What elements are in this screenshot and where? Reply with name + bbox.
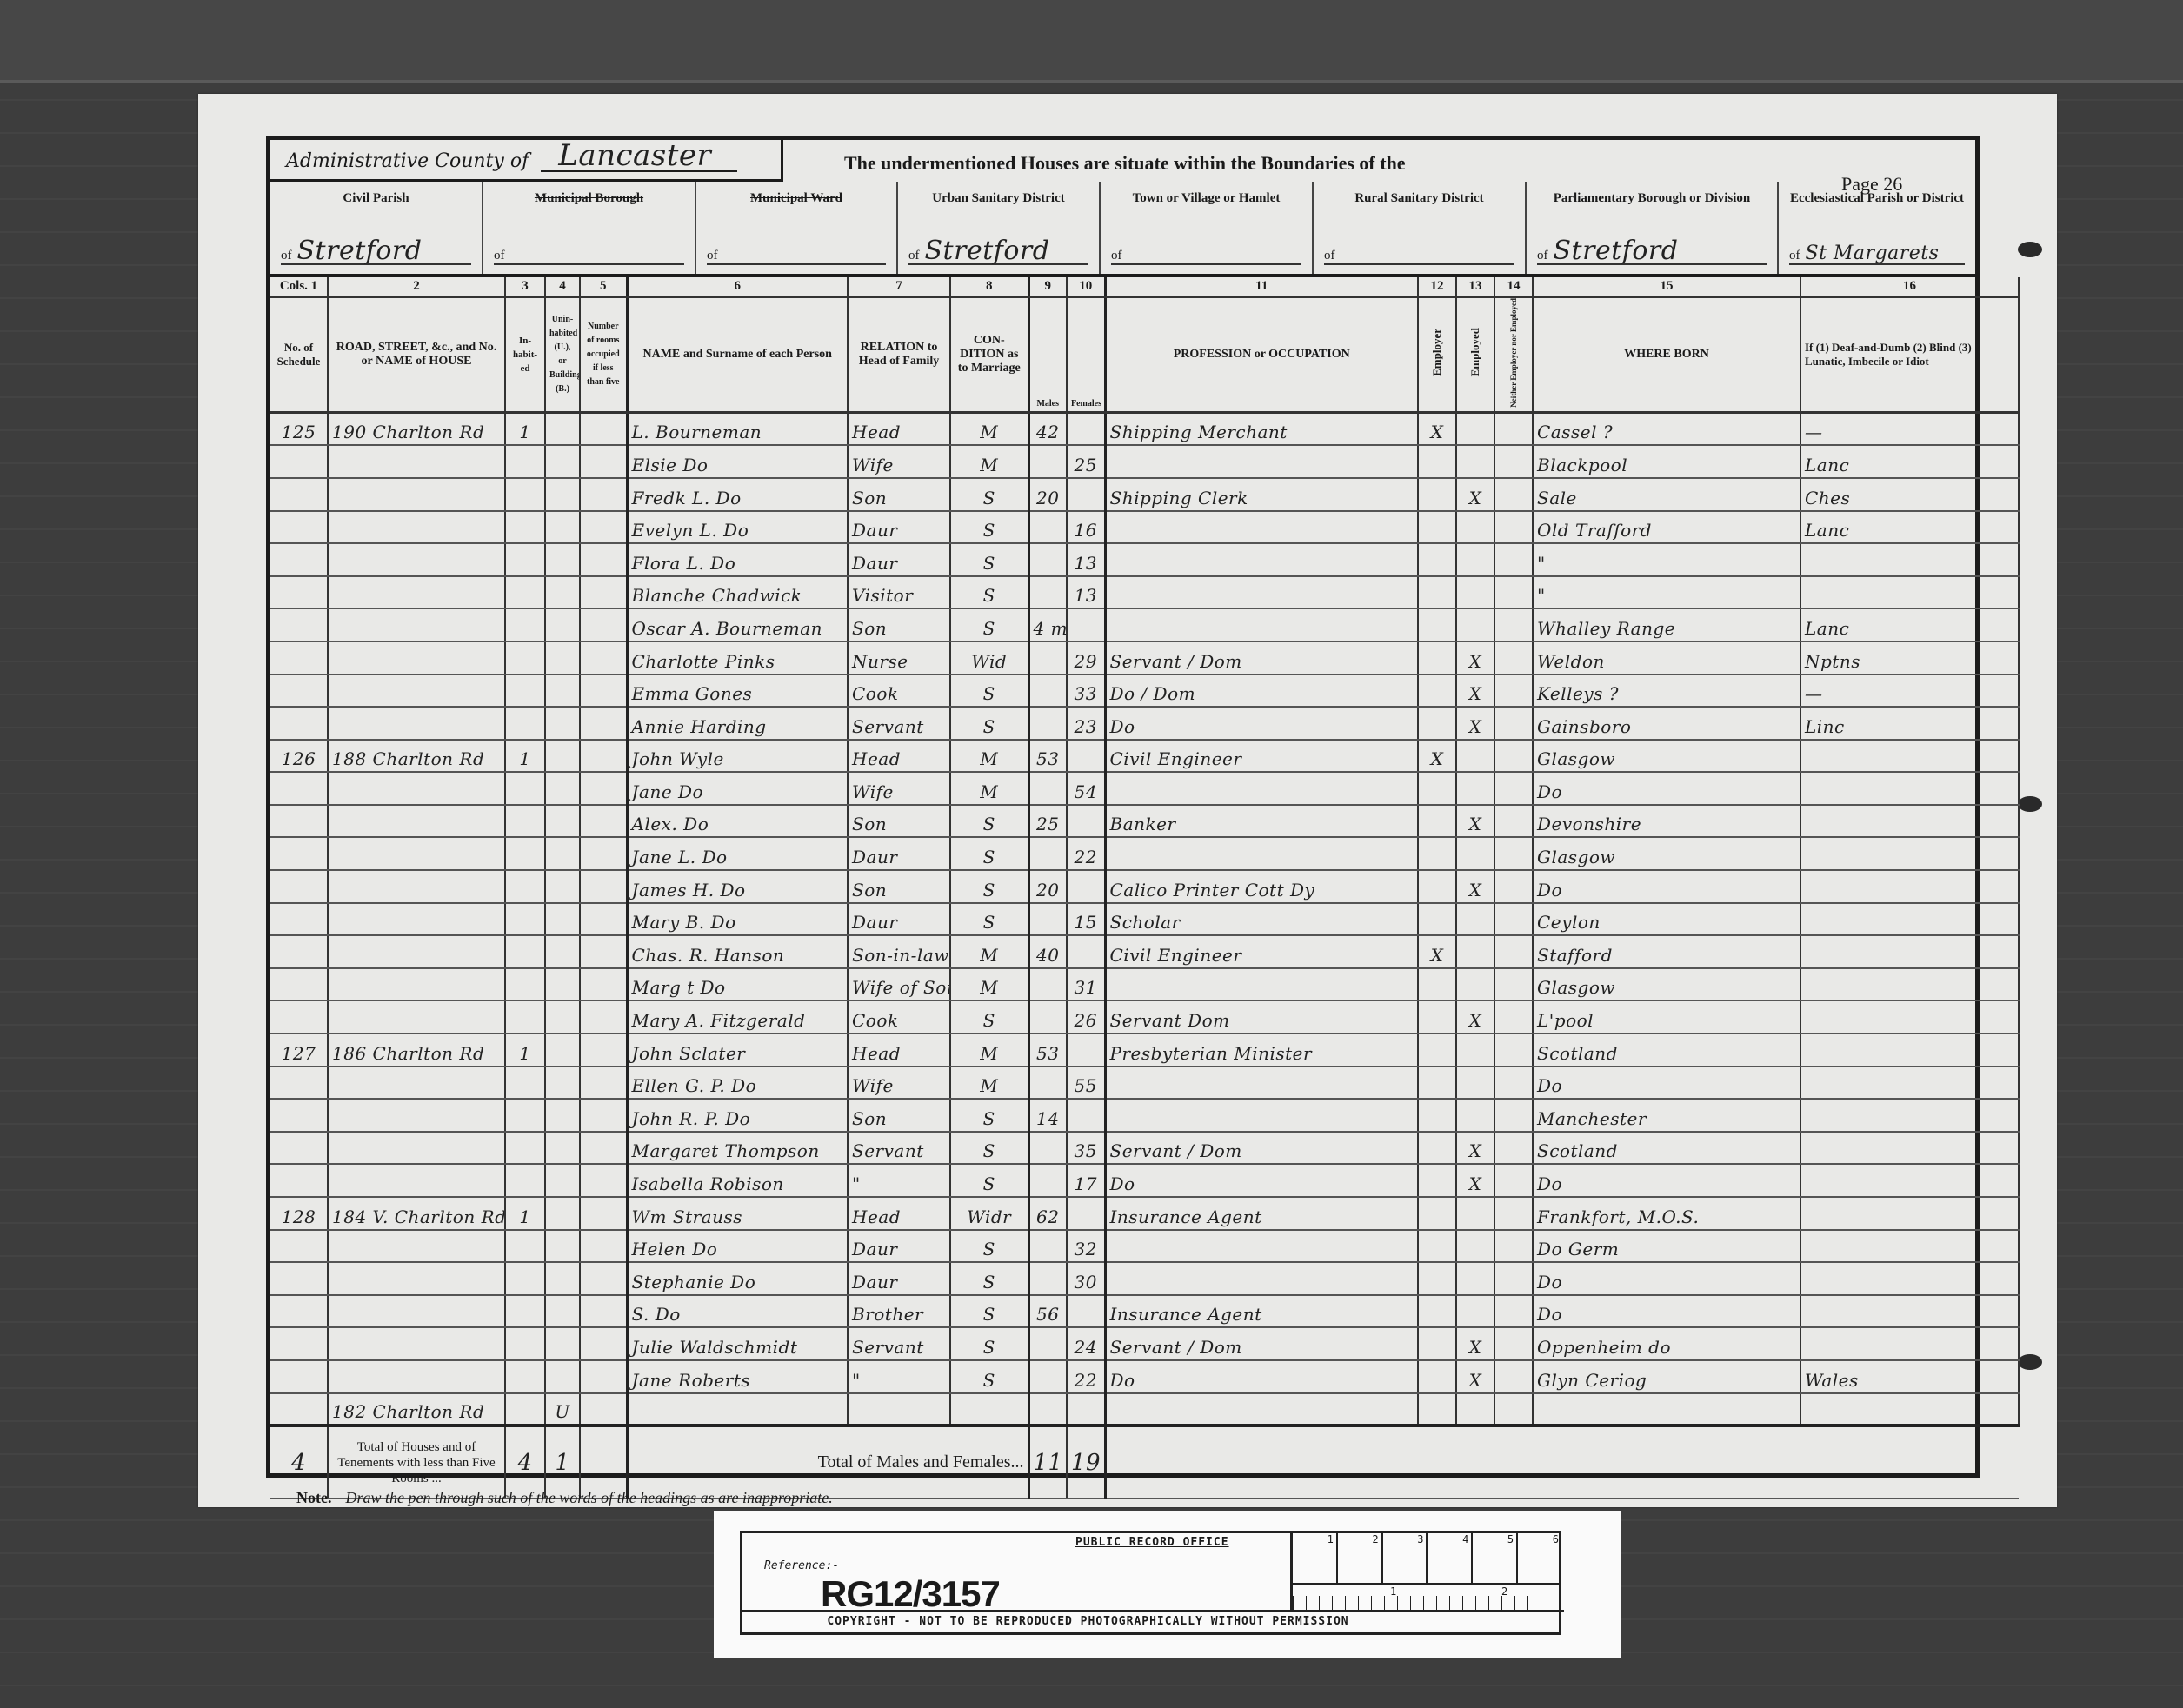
scale-inch: 1 2 [1293,1585,1561,1610]
employer-mark [1418,870,1456,903]
infirmity [1800,1327,2019,1360]
occupation: Calico Printer Cott Dy [1105,870,1418,903]
relation: Cook [848,1000,950,1033]
neither-mark [1494,903,1533,936]
where-born: Do [1533,870,1800,903]
note-text: —Draw the pen through such of the words … [331,1489,832,1506]
infirmity [1800,1132,2019,1165]
neither-mark [1494,1327,1533,1360]
relation: Daur [848,903,950,936]
uninhabited [545,837,580,870]
male-age: 53 [1028,740,1067,773]
schedule-no [270,707,328,740]
uninhabited [545,641,580,675]
female-age: 31 [1067,968,1105,1001]
marital-condition [950,1393,1028,1426]
public-record-office-title: PUBLIC RECORD OFFICE [1075,1536,1229,1549]
occupation: Civil Engineer [1105,740,1418,773]
neither-mark [1494,1099,1533,1132]
female-age: 26 [1067,1000,1105,1033]
relation: Visitor [848,576,950,609]
neither-mark [1494,445,1533,478]
employed-mark [1456,1099,1494,1132]
neither-mark [1494,1197,1533,1230]
schedule-no [270,837,328,870]
relation: Son [848,478,950,511]
male-age: 25 [1028,805,1067,838]
person-name [627,1393,848,1426]
header-name: NAME and Surname of each Person [627,296,848,413]
marital-condition: S [950,837,1028,870]
employer-mark [1418,1099,1456,1132]
uninhabited: U [545,1393,580,1426]
relation: Son [848,870,950,903]
where-born: Glasgow [1533,740,1800,773]
road-address [328,968,505,1001]
inhabited [505,903,545,936]
infirmity: — [1800,675,2019,708]
inhabited [505,1327,545,1360]
uninhabited [545,675,580,708]
census-row: 125190 Charlton Rd1L. BournemanHeadM42Sh… [270,413,2019,446]
inhabited [505,870,545,903]
road-address [328,1230,505,1263]
road-address: 182 Charlton Rd [328,1393,505,1426]
road-address [328,935,505,968]
district-field: of [494,243,684,265]
district-label: Rural Sanitary District [1319,190,1520,206]
district-value: Stretford [297,236,423,266]
relation: Servant [848,707,950,740]
district-field: of [1324,243,1514,265]
relation: Daur [848,1230,950,1263]
rooms [580,1295,627,1328]
relation: " [848,1164,950,1197]
inhabited [505,968,545,1001]
measurement-scale: 1 2 3 4 5 6 1 2 [1290,1533,1561,1612]
employed-mark [1456,903,1494,936]
district-field: of [1111,243,1301,265]
uninhabited [545,1360,580,1393]
inhabited [505,576,545,609]
where-born: Weldon [1533,641,1800,675]
of-label: of [1789,249,1800,263]
neither-mark [1494,1033,1533,1067]
district-label: Town or Village or Hamlet [1106,190,1307,206]
person-name: Jane Roberts [627,1360,848,1393]
female-age: 22 [1067,1360,1105,1393]
district-label: Municipal Ward [702,190,891,206]
infirmity [1800,968,2019,1001]
male-age: 62 [1028,1197,1067,1230]
where-born: Manchester [1533,1099,1800,1132]
neither-mark [1494,772,1533,805]
road-address [328,1099,505,1132]
header-males: Males [1028,296,1067,413]
employer-mark [1418,1360,1456,1393]
uninhabited [545,445,580,478]
uninhabited [545,707,580,740]
female-age: 35 [1067,1132,1105,1165]
infirmity [1800,1000,2019,1033]
employed-mark: X [1456,478,1494,511]
person-name: Helen Do [627,1230,848,1263]
employed-mark [1456,1393,1494,1426]
employed-mark [1456,1197,1494,1230]
district-urban-sanitary: Urban Sanitary District ofStretford [898,182,1101,274]
neither-mark [1494,511,1533,544]
inhabited [505,543,545,576]
person-name: Jane L. Do [627,837,848,870]
female-age: 15 [1067,903,1105,936]
person-name: Marg t Do [627,968,848,1001]
inhabited [505,478,545,511]
rooms [580,707,627,740]
uninhabited [545,511,580,544]
female-age: 22 [1067,837,1105,870]
relation: Servant [848,1132,950,1165]
reference-label: PUBLIC RECORD OFFICE Reference:- RG12/31… [714,1511,1621,1658]
reference-label-frame: PUBLIC RECORD OFFICE Reference:- RG12/31… [740,1531,1561,1635]
census-row: 126188 Charlton Rd1John WyleHeadM53Civil… [270,740,2019,773]
rooms [580,1132,627,1165]
person-name: Charlotte Pinks [627,641,848,675]
district-label: Civil Parish [276,190,476,206]
male-age [1028,1000,1067,1033]
road-address [328,576,505,609]
rooms [580,903,627,936]
employed-mark: X [1456,1327,1494,1360]
census-row: Evelyn L. DoDaurS16Old TraffordLanc [270,511,2019,544]
district-label: Municipal Borough [489,190,689,206]
header-employed: Employed [1456,296,1494,413]
where-born: Glyn Ceriog [1533,1360,1800,1393]
female-age [1067,478,1105,511]
occupation: Insurance Agent [1105,1295,1418,1328]
male-age [1028,1164,1067,1197]
infirmity [1800,1262,2019,1295]
employed-mark [1456,968,1494,1001]
district-field: ofSt Margarets [1789,246,1965,265]
header-relation: RELATION to Head of Family [848,296,950,413]
col-number: 16 [1800,277,2019,296]
employer-mark [1418,837,1456,870]
relation: Brother [848,1295,950,1328]
male-age: 20 [1028,870,1067,903]
schedule-no [270,675,328,708]
male-age [1028,707,1067,740]
employed-mark [1456,772,1494,805]
occupation: Insurance Agent [1105,1197,1418,1230]
census-row: 182 Charlton RdU [270,1393,2019,1426]
where-born: Old Trafford [1533,511,1800,544]
schedule-no: 127 [270,1033,328,1067]
relation: Head [848,1197,950,1230]
female-age: 32 [1067,1230,1105,1263]
district-header-row: Civil Parish ofStretford Municipal Borou… [270,182,1975,277]
marital-condition: S [950,608,1028,641]
header-infirmity: If (1) Deaf-and-Dumb (2) Blind (3) Lunat… [1800,296,2019,413]
marital-condition: S [950,903,1028,936]
marital-condition: S [950,1262,1028,1295]
col-number: 5 [580,277,627,296]
occupation [1105,1393,1418,1426]
occupation: Shipping Clerk [1105,478,1418,511]
uninhabited [545,1132,580,1165]
census-row: Elsie DoWifeM25BlackpoolLanc [270,445,2019,478]
column-number-row: Cols. 1 2 3 4 5 6 7 8 9 10 11 12 13 14 1… [270,277,2019,296]
employer-mark [1418,1262,1456,1295]
occupation: Scholar [1105,903,1418,936]
occupation [1105,608,1418,641]
col-number: 15 [1533,277,1800,296]
infirmity [1800,1295,2019,1328]
female-age [1067,935,1105,968]
header-employer: Employer [1418,296,1456,413]
employed-mark [1456,511,1494,544]
census-row: Marg t DoWife of Son-in-lawM31Glasgow [270,968,2019,1001]
neither-mark [1494,870,1533,903]
occupation: Do [1105,707,1418,740]
occupation: Banker [1105,805,1418,838]
employed-mark [1456,1067,1494,1100]
marital-condition: S [950,576,1028,609]
col-number: 2 [328,277,505,296]
census-row: Margaret ThompsonServantS35Servant / Dom… [270,1132,2019,1165]
relation [848,1393,950,1426]
marital-condition: S [950,511,1028,544]
reference-code: RG12/3157 [821,1573,1000,1615]
of-label: of [908,249,920,263]
neither-mark [1494,968,1533,1001]
total-females: 19 [1067,1426,1105,1499]
female-age: 23 [1067,707,1105,740]
employer-mark: X [1418,935,1456,968]
female-age: 16 [1067,511,1105,544]
marital-condition: S [950,478,1028,511]
of-label: of [1324,249,1335,263]
relation: Daur [848,1262,950,1295]
where-born: Scotland [1533,1132,1800,1165]
employed-mark [1456,837,1494,870]
rooms [580,837,627,870]
infirmity [1800,772,2019,805]
administrative-county-box: Administrative County of Lancaster [270,140,783,182]
totals-blank [1105,1426,2019,1499]
occupation [1105,1230,1418,1263]
neither-mark [1494,1164,1533,1197]
male-age: 56 [1028,1295,1067,1328]
inhabited [505,837,545,870]
schedule-no [270,1230,328,1263]
rooms [580,870,627,903]
employer-mark [1418,903,1456,936]
road-address [328,445,505,478]
where-born: Do [1533,1262,1800,1295]
district-label: Urban Sanitary District [903,190,1094,206]
census-row: Isabella Robison"S17DoXDo [270,1164,2019,1197]
relation: Daur [848,543,950,576]
marital-condition: S [950,805,1028,838]
marital-condition: M [950,1067,1028,1100]
total-inhabited: 4 [505,1426,545,1499]
infirmity [1800,1033,2019,1067]
male-age: 14 [1028,1099,1067,1132]
occupation [1105,543,1418,576]
census-row: Ellen G. P. DoWifeM55Do [270,1067,2019,1100]
male-age [1028,1393,1067,1426]
census-row: Alex. DoSonS25BankerXDevonshire [270,805,2019,838]
inhabited [505,935,545,968]
col-number: 8 [950,277,1028,296]
employer-mark [1418,1033,1456,1067]
uninhabited [545,740,580,773]
male-age: 4 mo [1028,608,1067,641]
schedule-no [270,1360,328,1393]
total-males: 11 [1028,1426,1067,1499]
occupation [1105,837,1418,870]
census-row: Mary B. DoDaurS15ScholarCeylon [270,903,2019,936]
person-name: Flora L. Do [627,543,848,576]
employed-mark [1456,1262,1494,1295]
schedule-no [270,1393,328,1426]
uninhabited [545,935,580,968]
male-age [1028,1262,1067,1295]
schedule-no [270,1295,328,1328]
of-label: of [707,249,718,263]
rooms [580,641,627,675]
road-address [328,1000,505,1033]
uninhabited [545,1164,580,1197]
total-rooms [580,1426,627,1499]
of-label: of [1537,249,1548,263]
person-name: Oscar A. Bourneman [627,608,848,641]
rooms [580,478,627,511]
person-name: John R. P. Do [627,1099,848,1132]
person-name: Chas. R. Hanson [627,935,848,968]
male-age [1028,543,1067,576]
infirmity: Lanc [1800,608,2019,641]
infirmity [1800,1067,2019,1100]
census-row: Flora L. DoDaurS13" [270,543,2019,576]
header-neither-text: Neither Employer nor Employed [1507,298,1521,408]
inhabited [505,1132,545,1165]
occupation [1105,1067,1418,1100]
where-born: Do Germ [1533,1230,1800,1263]
schedule-no [270,576,328,609]
employer-mark: X [1418,740,1456,773]
occupation: Shipping Merchant [1105,413,1418,446]
employer-mark [1418,543,1456,576]
neither-mark [1494,1295,1533,1328]
person-name: S. Do [627,1295,848,1328]
schedule-no [270,1262,328,1295]
infirmity: Wales [1800,1360,2019,1393]
employer-mark [1418,805,1456,838]
relation: Wife of Son-in-law [848,968,950,1001]
employed-mark: X [1456,1360,1494,1393]
punch-hole [2018,796,2042,812]
marital-condition: M [950,1033,1028,1067]
uninhabited [545,1000,580,1033]
road-address [328,1360,505,1393]
census-row: S. DoBrotherS56Insurance AgentDo [270,1295,2019,1328]
schedule-no [270,935,328,968]
employer-mark [1418,1000,1456,1033]
male-age [1028,837,1067,870]
district-municipal-ward: Municipal Ward of [696,182,898,274]
uninhabited [545,608,580,641]
col-number: 4 [545,277,580,296]
person-name: Elsie Do [627,445,848,478]
occupation [1105,445,1418,478]
infirmity: Ches [1800,478,2019,511]
schedule-no [270,641,328,675]
col-number: 12 [1418,277,1456,296]
district-field: of [707,243,886,265]
female-age [1067,870,1105,903]
employer-mark [1418,576,1456,609]
rooms [580,1099,627,1132]
person-name: Annie Harding [627,707,848,740]
employed-mark: X [1456,675,1494,708]
district-value: St Margarets [1806,243,1940,264]
schedule-no [270,445,328,478]
header-inhabited: In-habit-ed [505,296,545,413]
where-born: Do [1533,1295,1800,1328]
infirmity [1800,543,2019,576]
form-note: Note.—Draw the pen through such of the w… [296,1489,833,1507]
occupation: Civil Engineer [1105,935,1418,968]
relation: Head [848,740,950,773]
where-born: Do [1533,1164,1800,1197]
inhabited [505,1360,545,1393]
col-number: 14 [1494,277,1533,296]
inhabited [505,1393,545,1426]
total-uninhabited: 1 [545,1426,580,1499]
male-age: 20 [1028,478,1067,511]
employer-mark [1418,675,1456,708]
uninhabited [545,413,580,446]
rooms [580,675,627,708]
occupation [1105,1099,1418,1132]
where-born: Ceylon [1533,903,1800,936]
uninhabited [545,1295,580,1328]
census-row: Blanche ChadwickVisitorS13" [270,576,2019,609]
marital-condition: M [950,935,1028,968]
scale-mark: 4 [1428,1533,1473,1583]
where-born: L'pool [1533,1000,1800,1033]
employer-mark [1418,1197,1456,1230]
schedule-no [270,511,328,544]
male-age [1028,576,1067,609]
employer-mark [1418,1230,1456,1263]
district-field: ofStretford [1537,243,1767,265]
inhabited [505,511,545,544]
col-number: 9 [1028,277,1067,296]
infirmity: — [1800,413,2019,446]
neither-mark [1494,837,1533,870]
infirmity [1800,1230,2019,1263]
male-age: 40 [1028,935,1067,968]
uninhabited [545,576,580,609]
rooms [580,1164,627,1197]
female-age [1067,740,1105,773]
person-name: Isabella Robison [627,1164,848,1197]
scale-mark: 5 [1473,1533,1518,1583]
inhabited [505,707,545,740]
relation: Daur [848,837,950,870]
